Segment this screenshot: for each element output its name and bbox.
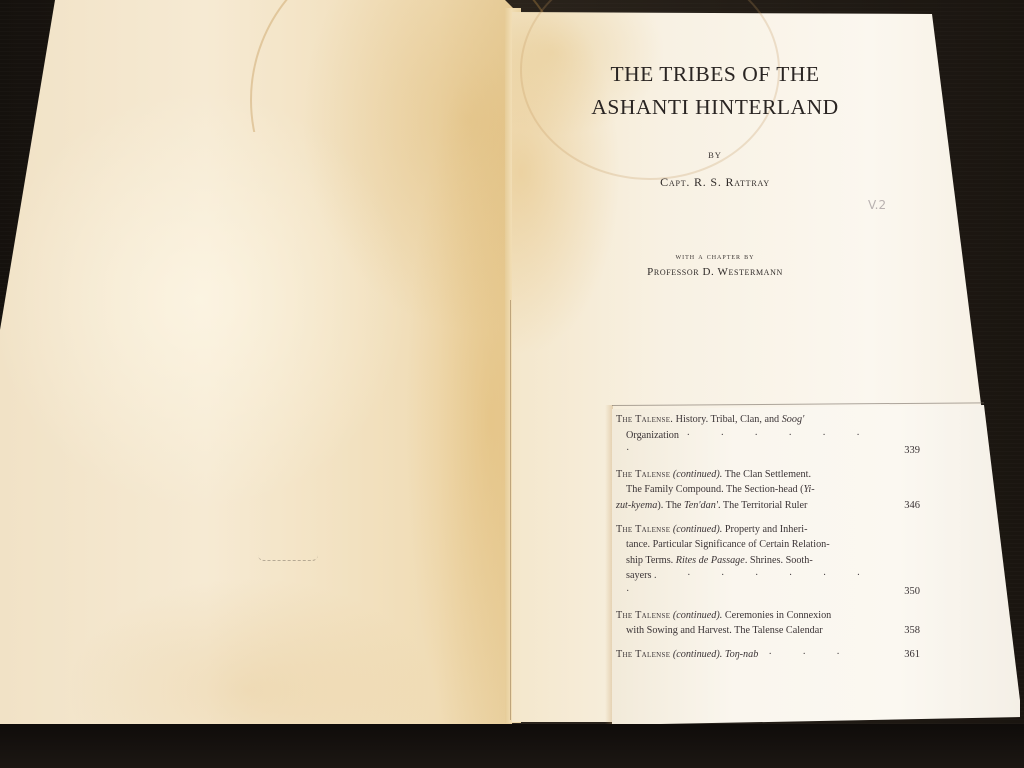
toc-entry: The Talense (continued). Toŋ-nab · · · 3… [616,647,916,663]
book-title: THE TRIBES OF THE ASHANTI HINTERLAND [545,58,885,124]
entry-text: The Family Compound. The Section-head ( [626,484,804,495]
by-label: BY [545,150,885,160]
entry-text: Organization [626,430,679,441]
author-name: Capt. R. S. Rattray [545,175,885,190]
entry-text: Ceremonies in Connexion [722,610,831,621]
pencil-volume-mark: V.2 [868,198,886,212]
page-number: 361 [904,647,920,663]
entry-text: . The Territorial Ruler [718,500,807,511]
gutter-fold-line [510,300,511,720]
title-line-2: ASHANTI HINTERLAND [545,91,885,124]
entry-text: History. Tribal, Clan, and [673,414,782,425]
contributor-name: Professor D. Westermann [545,266,885,278]
entry-text: with Sowing and Harvest. The Talense Cal… [616,623,882,639]
entry-italic: (continued). [670,524,722,535]
entry-lead: The Talense [616,524,670,535]
toc-entry: The Talense (continued). The Clan Settle… [616,467,916,514]
entry-italic: Toŋ-nab [722,649,758,660]
entry-italic: zut-kyema [616,500,657,511]
entry-lead: The Talense. [616,414,673,425]
page-number: 358 [904,623,920,639]
entry-lead: The Talense [616,469,670,480]
entry-italic: (continued). [670,469,722,480]
toc-entry: The Talense (continued). Property and In… [616,522,916,600]
dot-leaders: . · · · · · · · [626,570,874,597]
book-photo: THE TRIBES OF THE ASHANTI HINTERLAND BY … [0,0,1024,768]
title-line-1: THE TRIBES OF THE [545,58,885,91]
entry-italic: Rites de Passage [676,555,745,566]
entry-text: . Shrines. Sooth- [745,555,813,566]
entry-lead: The Talense [616,649,670,660]
entry-text: ship Terms. [626,555,676,566]
toc-entry: The Talense. History. Tribal, Clan, and … [616,412,916,459]
entry-italic: Soog' [782,414,805,425]
slip-shadow [605,405,613,725]
entry-text: sayers [626,570,651,581]
entry-italic: (continued). [670,610,722,621]
page-number: 339 [904,443,920,459]
entry-text: tance. Particular Significance of Certai… [616,537,882,553]
entry-text: The Clan Settlement. [722,469,811,480]
entry-lead: The Talense [616,610,670,621]
entry-italic: Yi- [804,484,815,495]
entry-italic: Ten'dan' [684,500,718,511]
table-surface [0,724,1024,768]
dot-leaders: · · · [769,649,854,660]
entry-italic: (continued). [670,649,722,660]
with-chapter-label: with a chapter by [545,251,885,261]
page-number: 346 [904,498,920,514]
faint-pencil-mark [258,555,318,561]
entry-text: ). The [657,500,684,511]
entry-text: Property and Inheri- [722,524,807,535]
toc-entry: The Talense (continued). Ceremonies in C… [616,608,916,639]
contents-list: The Talense. History. Tribal, Clan, and … [616,412,916,670]
page-number: 350 [904,584,920,600]
